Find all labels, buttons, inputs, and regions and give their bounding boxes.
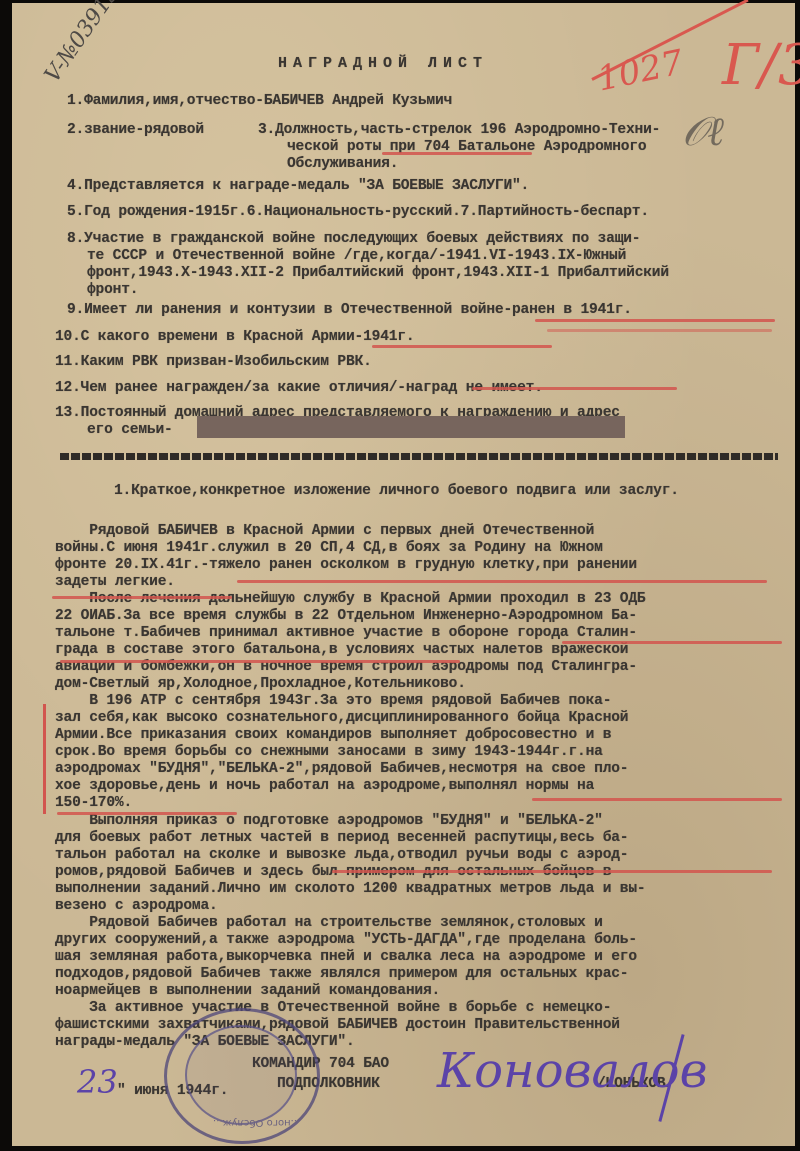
red-underline <box>535 319 775 322</box>
field-9-wounds: 9.Имеет ли ранения и контузии в Отечеств… <box>67 302 632 319</box>
narrative-line: фашистскими захватчиками,рядовой БАБИЧЕВ… <box>55 1017 620 1034</box>
narrative-line: хое здоровье,день и ночь работал на аэро… <box>55 778 594 795</box>
narrative-line: Рядовой БАБИЧЕВ в Красной Армии с первых… <box>55 523 594 540</box>
red-corner-mark: Г/3 <box>722 33 800 98</box>
red-underline <box>60 660 460 663</box>
narrative-line: 150-170%. <box>55 795 132 812</box>
narrative-line: тальон работал на сколке и вывозке льда,… <box>55 847 628 864</box>
official-stamp: ...ного Обслуж... <box>164 1008 320 1144</box>
red-underline <box>562 641 782 644</box>
narrative-line: В 196 АТР с сентября 1943г.За это время … <box>55 693 611 710</box>
field-3-position-cont2: Обслуживания. <box>287 156 398 173</box>
narrative-line: шая земляная работа,выкорчевка пней и св… <box>55 949 637 966</box>
field-8-cont1: те СССР и Отечественной войне /где,когда… <box>87 248 626 265</box>
registry-number: V-№03913 <box>40 0 125 87</box>
field-3-position: 3.Должность,часть-стрелок 196 Аэродромно… <box>258 122 660 139</box>
narrative-line: града в составе этого батальона,в услови… <box>55 642 628 659</box>
stamp-text: ...ного Обслуж... <box>213 1117 300 1128</box>
narrative-line: подходов,рядовой Бабичев также являлся п… <box>55 966 628 983</box>
field-13-address-cont: его семьи- <box>87 422 173 439</box>
red-margin-line <box>43 704 46 814</box>
narrative-line: других сооружений,а также аэродрома "УСТ… <box>55 932 637 949</box>
narrative-line: За активное участие в Отечественной войн… <box>55 1000 611 1017</box>
field-2-rank: 2.звание-рядовой <box>67 122 204 139</box>
stamp-emblem <box>185 1025 297 1125</box>
narrative-line: выполнении заданий.Лично им сколото 1200… <box>55 881 645 898</box>
redacted-address <box>197 416 625 438</box>
field-8-cont3: фронт. <box>87 282 138 299</box>
narrative-line: 22 ОИАБ.За все время службы в 22 Отдельн… <box>55 608 637 625</box>
award-sheet: НАГРАДНОЙ ЛИСТ V-№03913 1027 Г/3 𝒪ℓ 1.Фа… <box>12 3 795 1146</box>
narrative-line: везено с аэродрома. <box>55 898 218 915</box>
narrative-line: задеты легкие. <box>55 574 175 591</box>
narrative-line: ноармейцев в выполнении заданий командов… <box>55 983 440 1000</box>
field-1-name: 1.Фамилия,имя,отчество-БАБИЧЕВ Андрей Ку… <box>67 93 452 110</box>
red-underline <box>52 596 232 599</box>
section-heading: 1.Краткое,конкретное изложение личного б… <box>114 483 679 500</box>
red-underline <box>372 345 552 348</box>
red-underline <box>472 387 677 390</box>
gray-scribble: 𝒪ℓ <box>682 108 724 155</box>
red-underline <box>237 580 767 583</box>
date-day: 23 <box>77 1063 118 1101</box>
narrative-line: для боевых работ летных частей в период … <box>55 830 628 847</box>
field-8-cont2: фронт,1943.X-1943.XII-2 Прибалтийский фр… <box>87 265 669 282</box>
red-underline <box>547 329 772 332</box>
field-4-award: 4.Представляется к награде-медаль "ЗА БО… <box>67 178 529 195</box>
narrative-line: Рядовой Бабичев работал на строительстве… <box>55 915 603 932</box>
narrative-line: зал себя,как высоко сознательного,дисцип… <box>55 710 628 727</box>
field-5-7: 5.Год рождения-1915г.6.Национальность-ру… <box>67 204 649 221</box>
document-title: НАГРАДНОЙ ЛИСТ <box>278 55 488 72</box>
narrative-line: Выполняя приказ о подготовке аэродромов … <box>55 813 603 830</box>
red-underline <box>532 798 782 801</box>
red-underline <box>382 152 532 155</box>
narrative-line: тальоне т.Бабичев принимал активное учас… <box>55 625 637 642</box>
separator-line <box>60 453 778 460</box>
narrative-line: фронте 20.IX.41г.-тяжело ранен осколком … <box>55 557 637 574</box>
red-underline <box>57 812 237 815</box>
narrative-line: аэродромах "БУДНЯ","БЕЛЬКА-2",рядовой Ба… <box>55 761 628 778</box>
field-8: 8.Участие в гражданской войне последующи… <box>67 231 640 248</box>
red-underline <box>332 870 772 873</box>
field-10-since: 10.С какого времени в Красной Армии-1941… <box>55 329 414 346</box>
narrative-line: Армии.Все приказания своих командиров вы… <box>55 727 611 744</box>
field-12-awards: 12.Чем ранее награжден/за какие отличия/… <box>55 380 543 397</box>
narrative-line: срок.Во время борьбы со снежными заносам… <box>55 744 603 761</box>
narrative-line: дом-Светлый яр,Холодное,Прохладное,Котел… <box>55 676 466 693</box>
narrative-line: войны.С июня 1941г.служил в 20 СП,4 СД,в… <box>55 540 603 557</box>
narrative-line: После лечения дальнейшую службу в Красно… <box>55 591 645 608</box>
field-11-rvk: 11.Каким РВК призван-Изобильским РВК. <box>55 354 372 371</box>
